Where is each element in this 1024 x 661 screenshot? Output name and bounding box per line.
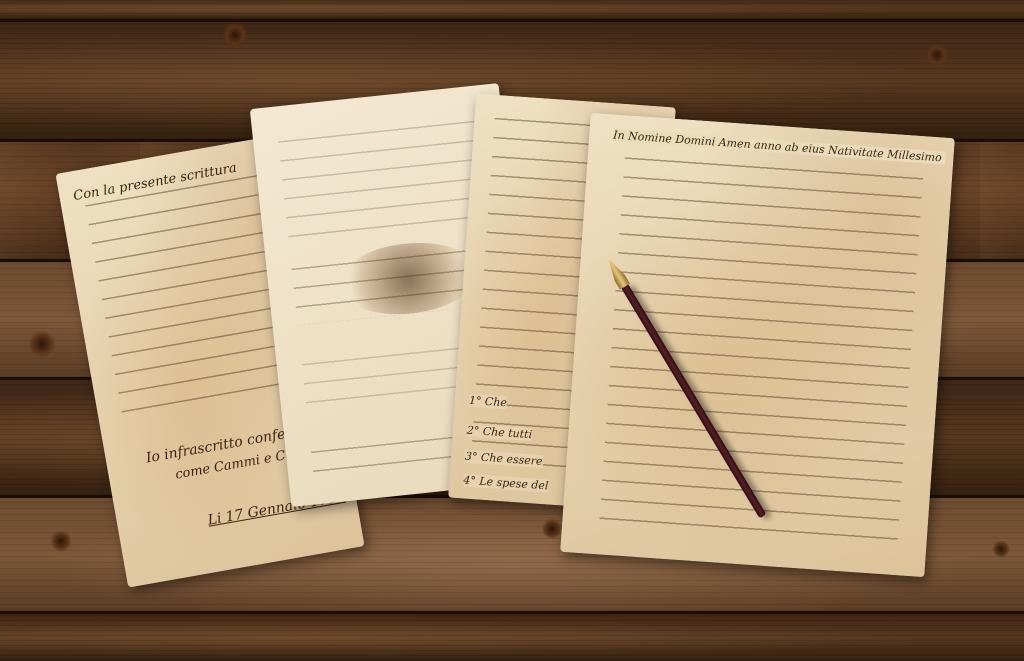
wood-knot — [50, 530, 72, 552]
wood-plank — [0, 0, 1024, 22]
manuscripts-photo: Con la presente scrittura Io infrascritt… — [0, 0, 1024, 661]
wood-knot — [542, 518, 562, 540]
numbered-line: 1° Che — [469, 394, 508, 410]
wood-knot — [926, 42, 948, 68]
wood-plank — [0, 614, 1024, 661]
wood-knot — [992, 540, 1010, 558]
wood-knot — [222, 22, 248, 48]
wood-knot — [28, 330, 56, 358]
